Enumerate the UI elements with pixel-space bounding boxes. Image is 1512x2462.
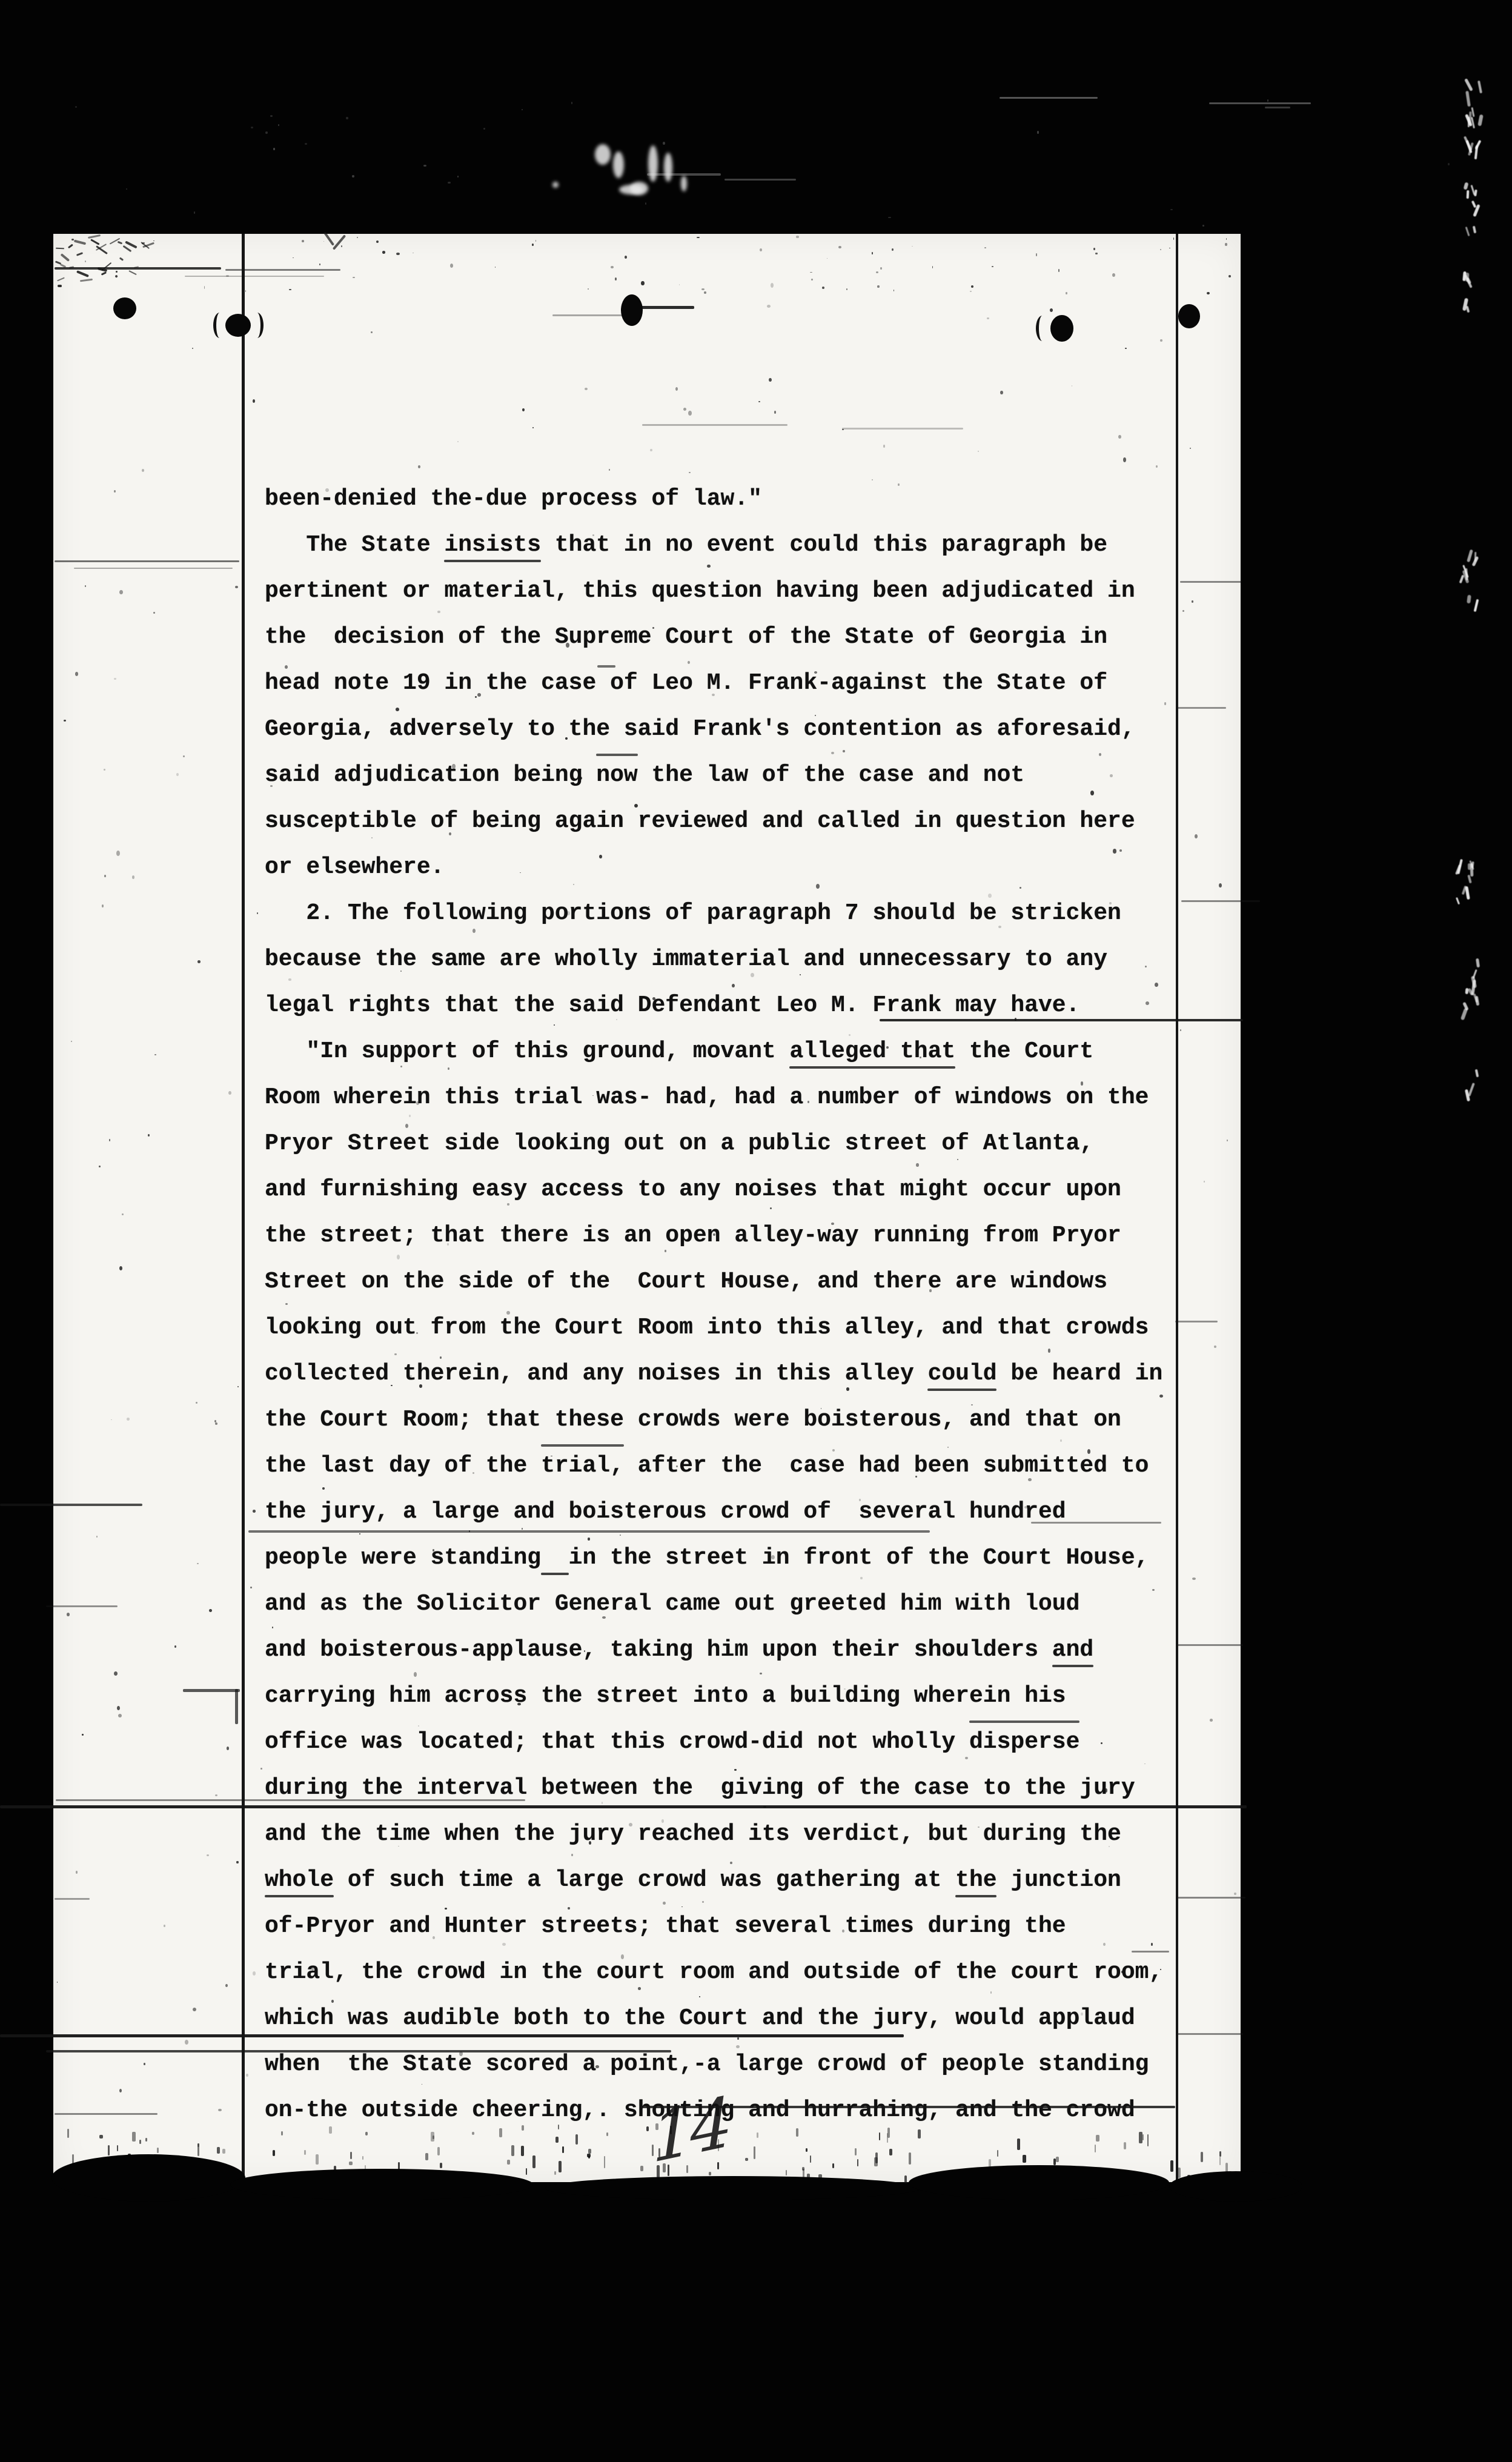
bottom-noise-speck (108, 2145, 109, 2155)
bottom-noise-speck (532, 2155, 535, 2168)
typed-line: and furnishing easy access to any noises… (265, 1175, 1121, 1205)
paper-speck (270, 785, 273, 787)
paper-speck (872, 252, 873, 254)
paper-speck (236, 1861, 238, 1864)
paper-speck (728, 1281, 731, 1284)
bottom-noise-speck (745, 2158, 748, 2161)
word-overline (596, 754, 637, 756)
typed-line: or elsewhere. (265, 852, 444, 883)
paper-speck (472, 929, 476, 933)
scratch-mark (185, 276, 324, 277)
word-overline (969, 1720, 1079, 1723)
film-dust-speck (457, 176, 459, 178)
paper-speck (449, 832, 451, 835)
film-light-blob (619, 185, 643, 194)
film-dust-speck (483, 128, 485, 130)
paper-speck (916, 1163, 918, 1166)
scratch-mark (634, 306, 694, 309)
paper-speck (148, 1134, 150, 1136)
paper-speck (218, 2109, 222, 2111)
paper-speck (988, 894, 991, 898)
paper-speck (638, 1987, 641, 1990)
bottom-noise-speck (588, 2149, 591, 2154)
bottom-noise-speck (350, 2152, 352, 2160)
paper-speck (765, 1606, 768, 1609)
paper-speck (838, 246, 841, 248)
bottom-noise-speck (1142, 2134, 1144, 2140)
paper-speck (1081, 2012, 1083, 2015)
paper-speck (448, 1067, 449, 1070)
paper-speck (588, 1538, 590, 1540)
page-bottom-tear (1169, 2171, 1302, 2202)
page-bottom-tear (545, 2176, 921, 2200)
punch-hole (1050, 315, 1073, 342)
paper-speck (592, 1095, 594, 1096)
punch-hole (621, 294, 643, 326)
paper-speck (422, 2084, 423, 2085)
paper-speck (760, 1673, 762, 1674)
paper-speck (1105, 1788, 1107, 1792)
paper-speck (1093, 248, 1095, 250)
paper-speck (869, 820, 872, 823)
typed-line: people were standing in the street in fr… (265, 1543, 1149, 1573)
paper-speck (699, 1996, 700, 1997)
typed-line: and boisterous-applause, taking him upon… (265, 1635, 1093, 1665)
paper-speck (359, 1533, 360, 1535)
film-dust-speck (1448, 163, 1450, 165)
bottom-noise-speck (1147, 2134, 1149, 2146)
film-edge-scribble (1465, 273, 1469, 282)
paper-speck (416, 1101, 419, 1105)
paper-speck (250, 1587, 252, 1588)
paper-speck (472, 1472, 474, 1474)
paper-speck (319, 264, 320, 265)
paper-speck (1050, 308, 1053, 312)
paper-speck (400, 1066, 402, 1067)
bottom-noise-speck (117, 2145, 118, 2152)
word-underline (444, 560, 541, 562)
bottom-noise-speck (507, 2160, 510, 2164)
film-dust-speck (448, 182, 451, 184)
typed-line: legal rights that the said Defendant Leo… (265, 990, 1079, 1021)
paper-speck (565, 737, 568, 740)
paper-speck (665, 1250, 666, 1252)
paper-speck (325, 488, 329, 492)
typed-line: on-the outside cheering,. shouting and h… (265, 2095, 1135, 2126)
paper-speck (289, 289, 291, 290)
paper-speck (589, 1841, 591, 1845)
paper-speck (1151, 1943, 1153, 1946)
bottom-noise-speck (718, 2139, 719, 2151)
bottom-noise-speck (1170, 2160, 1173, 2172)
paper-speck (998, 926, 1001, 928)
scratch-mark (1178, 707, 1226, 709)
film-edge-scribble (1464, 182, 1469, 190)
bottom-noise-speck (99, 2135, 103, 2138)
paper-speck (142, 469, 144, 472)
paper-speck (585, 388, 588, 390)
paper-speck (971, 285, 973, 288)
film-dust-speck (888, 217, 890, 219)
film-edge-scribble (1464, 79, 1473, 92)
paper-speck (567, 911, 570, 915)
typed-line: Pryor Street side looking out on a publi… (265, 1129, 1093, 1159)
bottom-noise-speck (875, 2152, 878, 2163)
typed-line: of-Pryor and Hunter streets; that severa… (265, 1911, 1066, 1942)
typed-line: Room wherein this trial was- had, had a … (265, 1083, 1149, 1113)
paper-speck (588, 288, 589, 289)
paper-speck (1058, 269, 1059, 271)
paper-speck (197, 960, 201, 963)
scanned-document-canvas: 14 been-denied the-due process of law." … (0, 0, 1512, 2462)
paper-speck (520, 872, 521, 874)
scratch-mark (880, 1019, 1243, 1021)
paper-speck (701, 288, 705, 290)
bottom-noise-speck (640, 2166, 643, 2171)
bottom-noise-speck (521, 2146, 523, 2156)
paper-speck (1192, 600, 1194, 603)
paper-speck (760, 248, 762, 251)
right-margin-rule (1176, 234, 1178, 2182)
paper-speck (71, 1041, 72, 1042)
scratch-mark (55, 267, 221, 270)
film-edge-scribble (1471, 107, 1475, 118)
paper-speck (1207, 292, 1210, 294)
scratch-mark (46, 2050, 671, 2052)
film-edge-scribble (1465, 90, 1471, 106)
paper-speck (842, 1929, 844, 1933)
bottom-noise-speck (1056, 2157, 1059, 2162)
scratch-mark (1178, 1644, 1243, 1646)
scratch-mark (641, 2106, 1175, 2108)
paper-speck (311, 1968, 314, 1971)
typed-line: and the time when the jury reached its v… (265, 1819, 1121, 1850)
bottom-noise-speck (668, 2165, 669, 2175)
bottom-noise-speck (304, 2150, 306, 2155)
paper-speck (322, 1487, 325, 1490)
paper-speck (599, 855, 602, 858)
scratch-mark (1031, 1522, 1161, 1524)
paper-speck (435, 955, 437, 958)
paper-speck (958, 1241, 960, 1243)
paper-speck (76, 1871, 78, 1874)
typed-line: the decision of the Supreme Court of the… (265, 622, 1107, 652)
scratch-mark (642, 424, 787, 426)
typed-line: Georgia, adversely to the said Frank's c… (265, 714, 1135, 745)
scratch-mark (183, 1689, 240, 1692)
typed-line: The State insists that in no event could… (265, 530, 1107, 560)
scratch-mark (1178, 2033, 1243, 2035)
bottom-noise-speck (511, 2145, 515, 2156)
bottom-noise-speck (217, 2147, 220, 2154)
film-edge-scribble (1474, 599, 1479, 612)
punch-hole-arc (251, 313, 264, 338)
bottom-noise-speck (349, 2162, 353, 2165)
paper-speck (1160, 249, 1161, 250)
paper-speck (859, 1499, 861, 1501)
paper-speck (726, 2103, 729, 2106)
paper-speck (85, 260, 86, 262)
scratch-mark (55, 2113, 157, 2115)
paper-speck (260, 1768, 262, 1770)
paper-speck (438, 1276, 440, 1279)
paper-speck (737, 2037, 739, 2040)
paper-speck (970, 291, 972, 292)
bottom-noise-speck (855, 2148, 856, 2155)
corner-hatch-mark (58, 285, 62, 287)
scratch-mark (46, 1605, 118, 1607)
bottom-noise-speck (754, 2146, 755, 2158)
paper-speck (225, 1984, 228, 1987)
film-edge-scribble (1471, 200, 1476, 208)
scratch-mark (74, 568, 233, 569)
bottom-noise-speck (909, 2152, 911, 2165)
paper-speck (616, 1019, 617, 1020)
page-bottom-tear (230, 2169, 533, 2200)
word-overline (541, 1444, 624, 1447)
typed-line: susceptible of being again reviewed and … (265, 806, 1135, 837)
film-dust-speck (1267, 99, 1268, 102)
bottom-noise-speck (657, 2165, 660, 2178)
bottom-noise-speck (362, 2156, 363, 2160)
scratch-mark (1175, 1321, 1218, 1322)
bottom-noise-speck (802, 2167, 805, 2171)
typed-line: the jury, a large and boisterous crowd o… (265, 1497, 1066, 1527)
typed-line: been-denied the-due process of law." (265, 484, 762, 514)
paper-speck (1121, 1971, 1124, 1973)
paper-speck (371, 331, 373, 333)
paper-speck (127, 1418, 130, 1421)
word-underline (955, 1895, 996, 1897)
bottom-noise-speck (437, 2147, 439, 2155)
film-gray-dash (1000, 97, 1098, 99)
scratch-mark (0, 1504, 142, 1506)
film-edge-scribble (1477, 81, 1482, 93)
paper-speck (697, 237, 700, 238)
bottom-noise-speck (1219, 2157, 1221, 2165)
paper-speck (769, 378, 772, 382)
paper-speck (75, 672, 79, 676)
bottom-noise-speck (806, 2148, 807, 2152)
film-light-blob (613, 151, 624, 178)
paper-speck (736, 2045, 740, 2048)
paper-speck (1087, 1449, 1091, 1454)
paper-speck (357, 237, 358, 238)
bottom-noise-speck (717, 2162, 719, 2169)
bottom-noise-speck (157, 2148, 159, 2153)
scratch-mark (0, 2034, 904, 2037)
paper-speck (611, 266, 614, 268)
typed-line: said adjudication being now the law of t… (265, 760, 1024, 791)
scratch-mark (55, 1898, 90, 1900)
bottom-noise-speck (879, 2132, 880, 2140)
paper-speck (566, 643, 569, 648)
paper-speck (876, 271, 879, 273)
scratch-mark (552, 314, 628, 316)
bottom-noise-speck (1139, 2132, 1142, 2143)
bottom-noise-speck (139, 2140, 141, 2144)
paper-speck (506, 1311, 509, 1315)
paper-speck (253, 1971, 256, 1976)
page-bottom-tear (51, 2154, 245, 2202)
bottom-noise-speck (786, 2170, 787, 2175)
bottom-noise-speck (663, 2163, 665, 2172)
scratch-mark (0, 1805, 1247, 1808)
scratch-mark (56, 1799, 525, 1801)
bottom-noise-speck (316, 2154, 319, 2165)
paper-speck (918, 544, 921, 547)
film-dust-speck (663, 142, 665, 145)
word-underline (265, 1895, 334, 1897)
typed-line: 2. The following portions of paragraph 7… (265, 898, 1121, 929)
paper-speck (1081, 1081, 1084, 1085)
bottom-noise-speck (575, 2134, 577, 2145)
paper-speck (800, 974, 801, 975)
punch-hole-arc (1036, 316, 1049, 341)
film-dust-speck (1202, 225, 1204, 227)
bottom-noise-speck (709, 2172, 711, 2175)
bottom-noise-speck (587, 2154, 591, 2157)
film-dust-speck (251, 127, 253, 128)
paper-speck (405, 1124, 408, 1128)
paper-speck (226, 275, 229, 277)
word-underline (789, 1066, 955, 1069)
scratch-mark (235, 1689, 238, 1724)
paper-speck (898, 483, 900, 486)
paper-speck (1225, 243, 1227, 246)
paper-speck (116, 851, 120, 855)
typed-line: office was located; that this crowd-did … (265, 1727, 1079, 1757)
paper-speck (822, 287, 824, 289)
punch-hole (113, 297, 136, 319)
paper-speck (872, 479, 873, 480)
paper-speck (880, 267, 882, 270)
paper-speck (877, 285, 879, 288)
film-edge-scribble (1473, 225, 1476, 233)
paper-speck (71, 239, 73, 241)
typed-line: "In support of this ground, movant alleg… (265, 1037, 1093, 1067)
paper-speck (99, 1166, 101, 1167)
scratch-mark (248, 1530, 930, 1533)
paper-speck (400, 971, 402, 972)
paper-speck (1214, 1345, 1216, 1348)
film-dust-speck (1037, 131, 1039, 133)
page-bottom-tear (909, 2165, 1169, 2200)
scratch-mark (1181, 900, 1260, 902)
bottom-noise-speck (425, 2153, 428, 2160)
bottom-noise-speck (1023, 2155, 1026, 2163)
paper-speck (843, 750, 846, 752)
paper-speck (1103, 1943, 1106, 1946)
film-edge-scribble (1476, 958, 1480, 967)
film-gray-dash (724, 179, 796, 181)
film-edge-scribble (1465, 227, 1470, 236)
film-edge-scribble (1456, 897, 1460, 904)
bottom-noise-speck (281, 2131, 282, 2135)
paper-speck (1015, 1018, 1016, 1021)
paper-speck (641, 281, 644, 286)
film-edge-scribble (1477, 114, 1483, 127)
bottom-noise-speck (554, 2171, 557, 2175)
paper-speck (1090, 791, 1093, 795)
paper-speck (419, 1384, 422, 1387)
bottom-noise-speck (1201, 2152, 1202, 2162)
paper-speck (587, 680, 588, 682)
word-underline (927, 1389, 996, 1391)
bottom-noise-speck (1177, 2168, 1180, 2178)
bottom-noise-speck (1095, 2145, 1096, 2152)
typed-line: head note 19 in the case of Leo M. Frank… (265, 668, 1107, 698)
punch-hole (225, 314, 251, 337)
paper-speck (185, 2040, 188, 2045)
paper-speck (1164, 702, 1167, 705)
paper-speck (602, 1802, 603, 1804)
bottom-noise-speck (132, 2132, 136, 2142)
word-underline (1052, 1665, 1093, 1667)
film-edge-scribble (1475, 1069, 1479, 1077)
paper-speck (1000, 391, 1003, 395)
paper-speck (376, 241, 379, 243)
paper-speck (253, 399, 255, 403)
film-gray-dash (1209, 102, 1311, 104)
bottom-noise-speck (1124, 2142, 1126, 2150)
paper-speck (1024, 1506, 1027, 1508)
paper-speck (629, 1823, 632, 1827)
paper-speck (433, 1936, 435, 1939)
typed-line: pertinent or material, this question hav… (265, 576, 1135, 606)
bottom-noise-speck (562, 2146, 564, 2152)
punch-hole (1178, 304, 1200, 328)
paper-speck (831, 1223, 834, 1225)
bottom-noise-speck (658, 2148, 660, 2157)
paper-speck (832, 1449, 835, 1452)
bottom-noise-speck (889, 2149, 892, 2155)
film-dust-speck (346, 117, 348, 120)
bottom-noise-speck (433, 2135, 434, 2139)
film-dust-speck (352, 175, 354, 178)
bottom-noise-speck (145, 2138, 147, 2142)
paper-speck (396, 708, 399, 711)
bottom-noise-speck (655, 2123, 658, 2130)
paper-speck (475, 696, 477, 698)
paper-speck (67, 1613, 70, 1616)
word-underline (541, 1573, 569, 1575)
paper-speck (595, 2065, 599, 2068)
film-dust-speck (75, 106, 77, 108)
paper-speck (532, 244, 534, 246)
paper-speck (418, 465, 420, 468)
scratch-mark (55, 560, 239, 562)
film-edge-scribble (1465, 988, 1468, 995)
paper-speck (1204, 1181, 1205, 1183)
paper-speck (751, 973, 754, 977)
bottom-noise-speck (273, 2150, 275, 2156)
paper-speck (1113, 849, 1116, 853)
paper-speck (517, 1703, 521, 1706)
paper-speck (437, 611, 440, 613)
typed-line: the Court Room; that these crowds were b… (265, 1405, 1121, 1435)
paper-speck (132, 875, 134, 879)
bottom-noise-speck (1053, 2158, 1056, 2165)
film-edge-scribble (1467, 549, 1473, 562)
film-dust-speck (270, 115, 273, 117)
film-light-blob (595, 144, 611, 165)
bottom-noise-speck (857, 2159, 858, 2167)
film-edge-scribble (1467, 595, 1471, 603)
film-light-blob (648, 145, 658, 182)
film-dust-speck (273, 148, 275, 150)
bottom-noise-speck (559, 2161, 562, 2172)
